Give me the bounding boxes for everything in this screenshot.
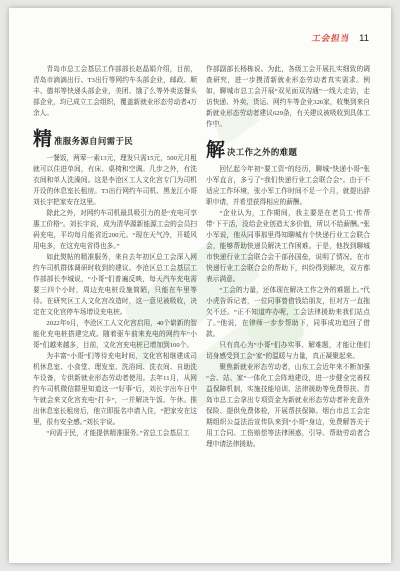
page-header: 工会担当 11 xyxy=(312,32,369,44)
paragraph: 聚焦新就业形态劳动者，山东工会近年来不断加强“会、站、家”一体化工会阵地建设，进… xyxy=(206,362,370,450)
section-heading-1: 精 准服务源自问需于民 xyxy=(33,131,197,148)
article-columns: 青岛市总工会基层工作部部长赵晶娟介绍，目前，青岛市滴滴出行、T3出行等网约车头部… xyxy=(33,64,370,450)
heading-dropcap: 解 xyxy=(206,142,225,159)
page-number: 11 xyxy=(359,33,369,44)
paragraph: “问需于民，才能提供精准服务。”省总工会基层工 xyxy=(33,428,197,439)
paragraph: 2022年9月，李沧区工人文化宫启用，40个崭新的智能化充电桩搭建完成。随着驱车… xyxy=(33,318,197,351)
section-label: 工会担当 xyxy=(311,32,351,44)
heading-dropcap: 精 xyxy=(33,131,52,148)
column-left: 青岛市总工会基层工作部部长赵晶娟介绍，目前，青岛市滴滴出行、T3出行等网约车头部… xyxy=(33,64,197,450)
section-heading-2: 解 决工作之外的难题 xyxy=(206,142,370,159)
paragraph: 作部副部长杨栋说。为此，各级工会开展扎实细致的调查研究，进一步摸清新就业形态劳动… xyxy=(206,64,370,130)
paragraph: 回忆起今年初“要工资”的经历，聊城“快递小哥”张小军直言，多亏了“我们快递行业工… xyxy=(206,164,370,208)
paragraph: “工会的力量，还体现在解决工作之外的难题上。”代小虎告诉记者，一位同事曾借钱给朋… xyxy=(206,285,370,340)
paragraph: 只有真心为“小哥”们办实事、解难题，才能让他们切身感受到工会“家”的温暖与力量，… xyxy=(206,340,370,362)
paragraph: 为丰富“小哥”们等待充电时间，文化宫相继建成司机休息室、小食堂、理发室、洗浴间、… xyxy=(33,351,197,428)
paragraph: 一餐饭，两荤一素13元，理发只需15元，500元月租就可以住进单间，有床、桌椅和… xyxy=(33,153,197,208)
paragraph: 青岛市总工会基层工作部部长赵晶娟介绍，目前，青岛市滴滴出行、T3出行等网约车头部… xyxy=(33,64,197,119)
paragraph: 除此之外，对网约车司机最具吸引力的是“充电可享惠工价格”。刘长宇说，成为清华源新… xyxy=(33,208,197,252)
magazine-page: 工会担当 11 青岛市总工会基层工作部部长赵晶娟介绍，目前，青岛市滴滴出行、T3… xyxy=(9,8,391,563)
heading-text: 决工作之外的难题 xyxy=(227,146,297,159)
column-right: 作部副部长杨栋说。为此，各级工会开展扎实细致的调查研究，进一步摸清新就业形态劳动… xyxy=(206,64,370,450)
paragraph: 如此熨帖的精准服务，来自去年初区总工会深入网约车司机群体调研时收到的建议。李沧区… xyxy=(33,252,197,318)
heading-text: 准服务源自问需于民 xyxy=(54,135,133,148)
paragraph: “企业认为，工作期间，我主要是在老员工‘传帮带’下干活，没给企业创造太多价值，所… xyxy=(206,208,370,285)
